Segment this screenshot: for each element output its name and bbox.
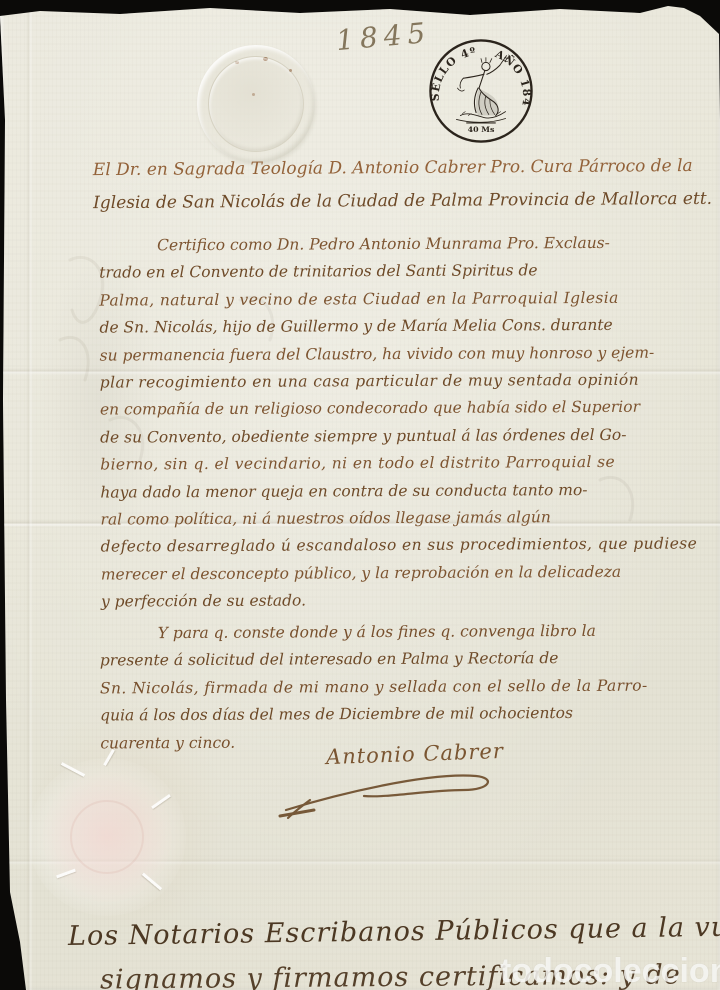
signature-rubric: [268, 758, 538, 822]
manuscript-line: Sn. Nicolás, firmada de mi mano y sellad…: [100, 672, 648, 702]
manuscript-line: haya dado la menor queja en contra de su…: [100, 476, 697, 507]
manuscript-line: en compañía de un religioso condecorado …: [100, 394, 697, 425]
rust-speck: [252, 93, 255, 96]
stamp-text-sello: SELLO 4º: [429, 45, 478, 102]
manuscript-line: trado en el Convento de trinitarios del …: [99, 257, 696, 288]
rust-speck: [235, 61, 239, 64]
manuscript-line: defecto desarreglado ú escandaloso en su…: [101, 531, 698, 562]
svg-text:SELLO 4º: SELLO 4º: [429, 45, 478, 102]
manuscript-line: merecer el desconcepto público, y la rep…: [101, 558, 698, 589]
manuscript-body: Certifico como Dn. Pedro Antonio Munrama…: [99, 229, 698, 616]
manuscript-line: de Sn. Nicolás, hijo de Guillermo y de M…: [99, 312, 696, 343]
manuscript-line: El Dr. en Sagrada Teología D. Antonio Ca…: [93, 150, 712, 187]
manuscript-line: y perfección de su estado.: [101, 586, 698, 617]
year-annotation: 1845: [335, 16, 433, 57]
document-page: { "annotations": { "year_pencil": "1845"…: [0, 0, 720, 990]
manuscript-line: presente á solicitud del interesado en P…: [100, 645, 648, 675]
manuscript-line: su permanencia fuera del Claustro, ha vi…: [100, 339, 697, 370]
stamp-value: 40 Ms: [468, 125, 495, 134]
manuscript-line: bierno, sin q. el vecindario, ni en todo…: [100, 449, 697, 480]
rust-speck: [263, 57, 268, 61]
manuscript-line: quia á los dos días del mes de Diciembre…: [100, 700, 648, 730]
manuscript-line: plar recogimiento en una casa particular…: [100, 366, 697, 397]
seated-figure-icon: [456, 56, 508, 123]
manuscript-line: ral como política, ni á nuestros oídos l…: [100, 503, 697, 534]
manuscript-line: Y para q. conste donde y á los fines q. …: [100, 618, 648, 648]
manuscript-line: Palma, natural y vecino de esta Ciudad e…: [99, 284, 696, 315]
manuscript-line: de su Convento, obediente siempre y punt…: [100, 421, 697, 452]
paper-sheet: 1845 SELLO 4º AÑO 1845: [0, 0, 720, 990]
manuscript-heading: El Dr. en Sagrada Teología D. Antonio Ca…: [93, 150, 712, 220]
embossed-seal: [197, 45, 315, 163]
rust-speck: [289, 69, 292, 72]
manuscript-line: Iglesia de San Nicolás de la Ciudad de P…: [93, 183, 712, 220]
manuscript-line: Certifico como Dn. Pedro Antonio Munrama…: [99, 229, 696, 260]
manuscript-closing: Y para q. conste donde y á los fines q. …: [100, 618, 648, 758]
revenue-stamp-icon: SELLO 4º AÑO 1845 40 Ms: [427, 37, 535, 145]
watermark: todocoleccion: [500, 952, 720, 990]
